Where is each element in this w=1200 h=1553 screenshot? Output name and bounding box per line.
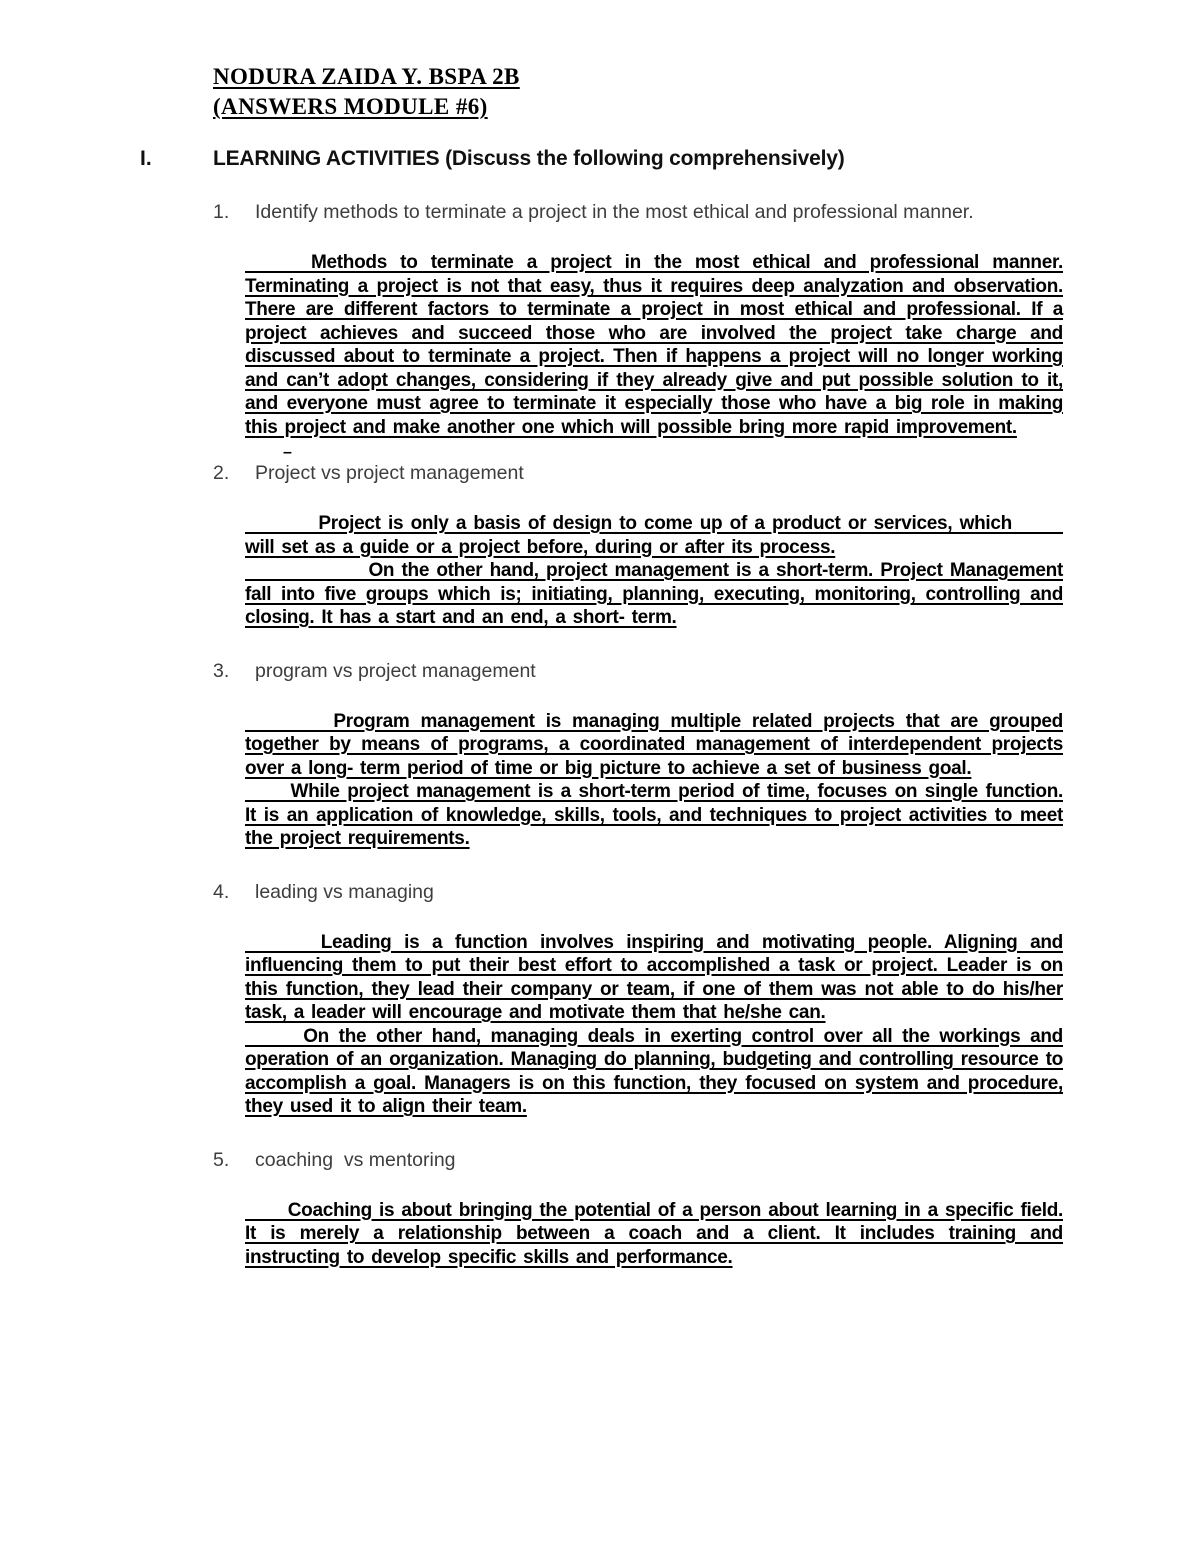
question-number: 2. bbox=[213, 462, 255, 485]
question-text: program vs project management bbox=[255, 660, 536, 683]
document-page: NODURA ZAIDA Y. BSPA 2B (ANSWERS MODULE … bbox=[0, 0, 1200, 1553]
question-item-2: 2. Project vs project management bbox=[213, 462, 1200, 485]
student-name-line: NODURA ZAIDA Y. BSPA 2B bbox=[213, 62, 1200, 92]
answer-paragraph: On the other hand, managing deals in exe… bbox=[245, 1025, 1063, 1119]
question-number: 5. bbox=[213, 1149, 255, 1172]
module-title-line: (ANSWERS MODULE #6) bbox=[213, 92, 1200, 122]
question-item-1: 1. Identify methods to terminate a proje… bbox=[213, 201, 1200, 224]
document-header: NODURA ZAIDA Y. BSPA 2B (ANSWERS MODULE … bbox=[213, 0, 1200, 122]
question-number: 1. bbox=[213, 201, 255, 224]
question-text: Identify methods to terminate a project … bbox=[255, 201, 974, 224]
answer-block-1: Methods to terminate a project in the mo… bbox=[245, 251, 1063, 439]
answer-block-3: Program management is managing multiple … bbox=[245, 710, 1063, 851]
answer-paragraph: While project management is a short-term… bbox=[245, 780, 1063, 851]
question-text: coaching vs mentoring bbox=[255, 1149, 456, 1172]
answer-block-4: Leading is a function involves inspiring… bbox=[245, 931, 1063, 1119]
answer-paragraph: Program management is managing multiple … bbox=[245, 710, 1063, 781]
section-title: LEARNING ACTIVITIES (Discuss the followi… bbox=[213, 147, 845, 171]
question-item-5: 5. coaching vs mentoring bbox=[213, 1149, 1200, 1172]
answer-block-2: Project is only a basis of design to com… bbox=[245, 512, 1063, 630]
section-heading: I. LEARNING ACTIVITIES (Discuss the foll… bbox=[140, 147, 1200, 171]
question-item-4: 4. leading vs managing bbox=[213, 881, 1200, 904]
answer-paragraph: Methods to terminate a project in the mo… bbox=[245, 251, 1063, 439]
question-text: leading vs managing bbox=[255, 881, 434, 904]
answer-paragraph: On the other hand, project management is… bbox=[245, 559, 1063, 630]
section-numeral: I. bbox=[140, 147, 213, 171]
answer-paragraph: Leading is a function involves inspiring… bbox=[245, 931, 1063, 1025]
stray-dash-mark: – bbox=[283, 448, 1200, 460]
question-item-3: 3. program vs project management bbox=[213, 660, 1200, 683]
question-number: 4. bbox=[213, 881, 255, 904]
question-number: 3. bbox=[213, 660, 255, 683]
answer-paragraph: Coaching is about bringing the potential… bbox=[245, 1199, 1063, 1270]
answer-block-5: Coaching is about bringing the potential… bbox=[245, 1199, 1063, 1270]
answer-paragraph: Project is only a basis of design to com… bbox=[245, 512, 1063, 559]
question-text: Project vs project management bbox=[255, 462, 524, 485]
